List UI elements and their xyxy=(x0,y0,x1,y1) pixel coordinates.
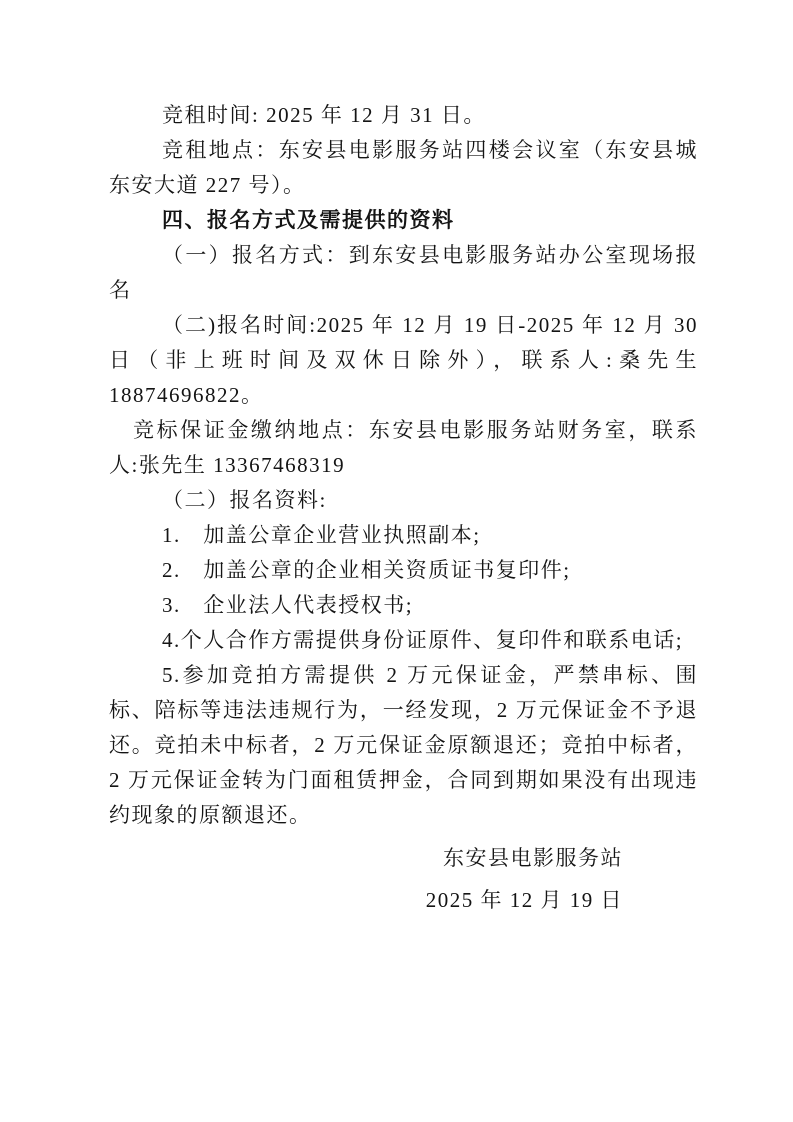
para-bid-time: 竞租时间: 2025 年 12 月 31 日。 xyxy=(109,98,698,133)
signature-organization: 东安县电影服务站 xyxy=(109,837,623,879)
section-heading-4: 四、报名方式及需提供的资料 xyxy=(109,203,698,238)
signature-block: 东安县电影服务站 2025 年 12 月 19 日 xyxy=(109,837,698,921)
para-materials-label: （二）报名资料: xyxy=(109,483,698,518)
para-registration-time: （二)报名时间:2025 年 12 月 19 日-2025 年 12 月 30 … xyxy=(109,308,698,413)
signature-date: 2025 年 12 月 19 日 xyxy=(109,879,623,921)
document-body: 竞租时间: 2025 年 12 月 31 日。 竞租地点：东安县电影服务站四楼会… xyxy=(0,0,793,921)
list-item-personal-id: 4.个人合作方需提供身份证原件、复印件和联系电话; xyxy=(109,623,698,658)
list-item-deposit-rules: 5.参加竞拍方需提供 2 万元保证金，严禁串标、围标、陪标等违法违规行为，一经发… xyxy=(109,658,698,833)
list-item-qualification-certificates: 2. 加盖公章的企业相关资质证书复印件; xyxy=(109,553,698,588)
list-item-authorization-letter: 3. 企业法人代表授权书; xyxy=(109,588,698,623)
list-item-business-license: 1. 加盖公章企业营业执照副本; xyxy=(109,518,698,553)
para-deposit-payment: 竞标保证金缴纳地点：东安县电影服务站财务室，联系人:张先生 1336746831… xyxy=(109,413,698,483)
document-page: 竞租时间: 2025 年 12 月 31 日。 竞租地点：东安县电影服务站四楼会… xyxy=(0,0,793,1122)
para-bid-location: 竞租地点：东安县电影服务站四楼会议室（东安县城东安大道 227 号）。 xyxy=(109,133,698,203)
para-registration-method: （一）报名方式：到东安县电影服务站办公室现场报名 xyxy=(109,238,698,308)
